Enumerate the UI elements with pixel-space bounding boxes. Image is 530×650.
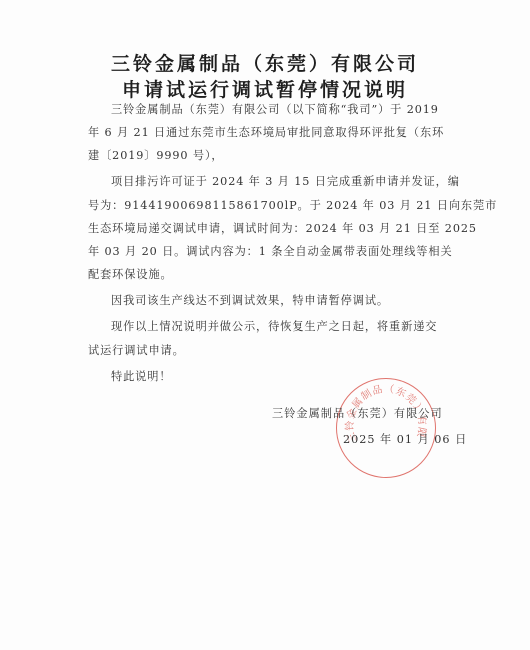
body-line: 年 6 月 21 日通过东莞市生态环境局审批同意取得环评批复（东环 — [88, 126, 440, 140]
document-title-company: 三铃金属制品（东莞）有限公司 — [0, 49, 530, 76]
body-line: 三铃金属制品（东莞）有限公司（以下简称“我司”）于 2019 — [111, 103, 440, 117]
body-line: 因我司该生产线达不到调试效果，特申请暂停调试。 — [111, 294, 440, 308]
body-line: 建〔2019〕9990 号）， — [88, 149, 440, 163]
body-line: 生态环境局递交调试申请，调试时间为：2024 年 03 月 21 日至 2025 — [88, 222, 440, 236]
body-line: 号为：91441900698115861700lP。于 2024 年 03 月 … — [88, 199, 440, 213]
seal-icon: 三铃金属制品（东莞）有限公司 — [337, 379, 435, 477]
body-line: 配套环保设施。 — [88, 268, 440, 282]
body-line: 项目排污许可证于 2024 年 3 月 15 日完成重新申请并发证，编 — [111, 175, 440, 189]
body-line: 年 03 月 20 日。调试内容为：1 条全自动金属带表面处理线等相关 — [88, 245, 440, 259]
signature-company: 三铃金属制品（东莞）有限公司 — [272, 405, 443, 421]
body-line: 试运行调试申请。 — [88, 344, 440, 358]
company-seal-stamp: 三铃金属制品（东莞）有限公司 — [336, 378, 436, 478]
body-line: 现作以上情况说明并做公示，待恢复生产之日起，将重新递交 — [111, 320, 440, 334]
signature-date: 2025 年 01 月 06 日 — [343, 431, 467, 447]
document-page: 三铃金属制品（东莞）有限公司 申请试运行调试暂停情况说明 三铃金属制品（东莞）有… — [0, 0, 530, 650]
document-title-subject: 申请试运行调试暂停情况说明 — [0, 75, 530, 102]
